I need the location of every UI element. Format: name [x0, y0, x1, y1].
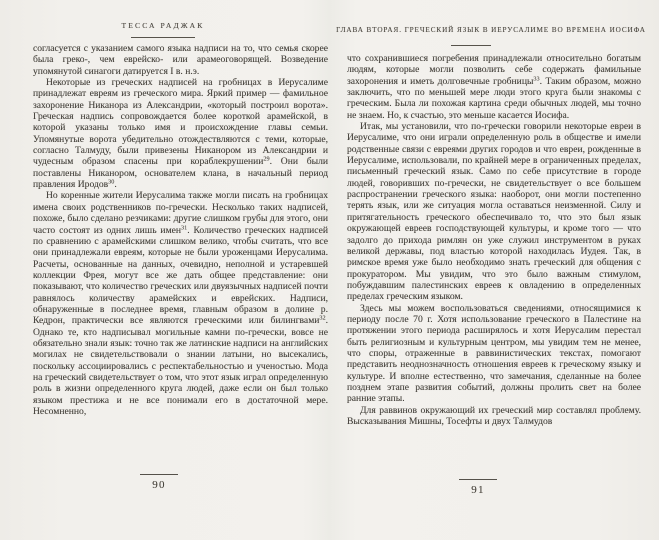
header-rule	[131, 37, 195, 38]
text-run: Здесь мы можем воспользоваться сведениям…	[347, 303, 641, 405]
book-spread: ТЕССА РАДЖАК согласуется с указанием сам…	[0, 0, 659, 540]
footer-rule	[140, 474, 178, 475]
paragraph: Здесь мы можем воспользоваться сведениям…	[347, 303, 641, 405]
footer-rule	[459, 479, 497, 480]
text-run: . Количество греческих надписей по сравн…	[33, 225, 328, 327]
paragraph: что сохранившиеся погребения принадлежал…	[347, 53, 641, 121]
paragraph: Некоторые из греческих надписей на гробн…	[33, 77, 328, 190]
page-number: 91	[330, 484, 626, 496]
text-run: согласуется с указанием самого языка над…	[33, 43, 328, 77]
text-run: Итак, мы установили, что по-гречески гов…	[347, 121, 641, 302]
text-run: Для раввинов окружающий их греческий мир…	[347, 405, 641, 427]
page-right: ГЛАВА ВТОРАЯ. ГРЕЧЕСКИЙ ЯЗЫК В ИЕРУСАЛИМ…	[330, 0, 659, 540]
text-run: . Однако те, кто надписывал могильные ка…	[33, 315, 328, 417]
paragraph: Для раввинов окружающий их греческий мир…	[347, 405, 641, 428]
page-body-right: что сохранившиеся погребения принадлежал…	[347, 53, 641, 427]
running-head-chapter: ГЛАВА ВТОРАЯ. ГРЕЧЕСКИЙ ЯЗЫК В ИЕРУСАЛИМ…	[330, 26, 652, 34]
running-head-author: ТЕССА РАДЖАК	[0, 21, 326, 30]
paragraph: Итак, мы установили, что по-гречески гов…	[347, 121, 641, 303]
header-rule	[451, 45, 491, 46]
page-left: ТЕССА РАДЖАК согласуется с указанием сам…	[0, 0, 330, 540]
page-number: 90	[0, 479, 318, 491]
page-body-left: согласуется с указанием самого языка над…	[33, 43, 328, 417]
paragraph: Но коренные жители Иерусалима также могл…	[33, 190, 328, 417]
text-run: Некоторые из греческих надписей на гробн…	[33, 77, 328, 167]
paragraph: согласуется с указанием самого языка над…	[33, 43, 328, 77]
text-run: .	[114, 179, 116, 190]
